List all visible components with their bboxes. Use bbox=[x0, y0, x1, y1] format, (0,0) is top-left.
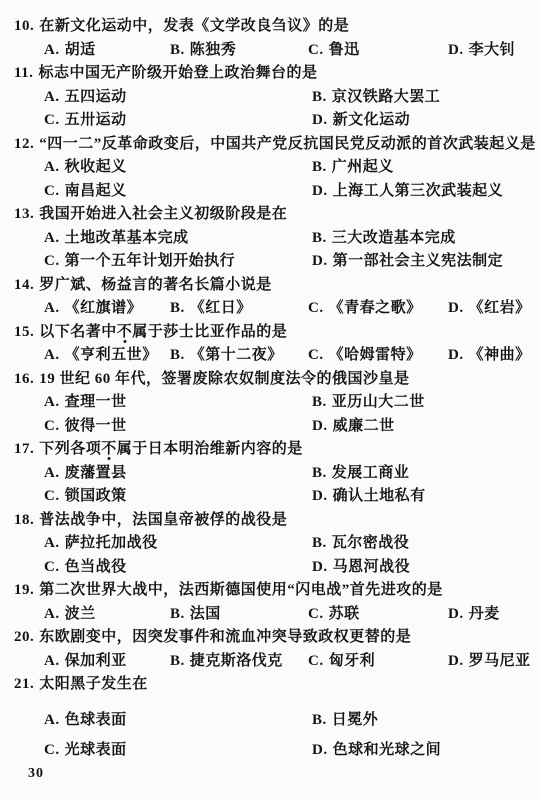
option-label: A. bbox=[44, 606, 60, 622]
question-10: 10.在新文化运动中，发表《文学改良刍议》的是 A.胡适 B.陈独秀 C.鲁迅 … bbox=[0, 15, 540, 62]
option-b: B.亚历山大二世 bbox=[312, 391, 540, 415]
option-a: A.查理一世 bbox=[44, 391, 312, 415]
option-a: A.色球表面 bbox=[44, 705, 312, 735]
options: A.《红旗谱》 B.《红日》 C.《青春之歌》 D.《红岩》 bbox=[0, 297, 540, 321]
question-stem: 13.我国开始进入社会主义初级阶段是在 bbox=[0, 203, 540, 227]
question-number: 16. bbox=[14, 371, 34, 387]
option-text: 确认土地私有 bbox=[333, 488, 426, 504]
option-label: C. bbox=[308, 653, 324, 669]
option-label: C. bbox=[308, 606, 324, 622]
option-b: B.三大改造基本完成 bbox=[312, 227, 540, 251]
option-text: 色球和光球之间 bbox=[333, 742, 442, 758]
options: A.色球表面 B.日冕外 C.光球表面 D.色球和光球之间 bbox=[0, 705, 540, 765]
question-text: 在新文化运动中，发表《文学改良刍议》的是 bbox=[39, 18, 349, 34]
question-12: 12.“四一二”反革命政变后，中国共产党反抗国民党反动派的首次武装起义是 A.秋… bbox=[0, 133, 540, 204]
option-label: C. bbox=[44, 742, 60, 758]
option-c: C.第一个五年计划开始执行 bbox=[44, 250, 312, 274]
option-text: 色球表面 bbox=[65, 712, 127, 728]
question-stem: 21.太阳黑子发生在 bbox=[0, 673, 540, 697]
options: A.《亨利五世》 B.《第十二夜》 C.《哈姆雷特》 D.《神曲》 bbox=[0, 344, 540, 368]
option-label: C. bbox=[44, 183, 60, 199]
option-label: A. bbox=[44, 300, 60, 316]
question-stem: 20.东欧剧变中，因突发事件和流血冲突导致政权更替的是 bbox=[0, 626, 540, 650]
option-label: C. bbox=[44, 418, 60, 434]
option-label: C. bbox=[44, 559, 60, 575]
option-label: B. bbox=[312, 535, 327, 551]
option-a: A.波兰 bbox=[44, 603, 170, 627]
option-d: D.马恩河战役 bbox=[312, 556, 540, 580]
question-number: 14. bbox=[14, 277, 34, 293]
option-text: 匈牙利 bbox=[329, 653, 376, 669]
option-text: 废藩置县 bbox=[65, 465, 127, 481]
question-text: 标志中国无产阶级开始登上政治舞台的是 bbox=[38, 65, 317, 81]
option-label: A. bbox=[44, 653, 60, 669]
option-text: 光球表面 bbox=[65, 742, 127, 758]
question-text: 19 世纪 60 年代，签署废除农奴制度法令的俄国沙皇是 bbox=[39, 371, 409, 387]
option-text: 秋收起义 bbox=[65, 159, 127, 175]
question-text: 第二次世界大战中，法西斯德国使用“闪电战”首先进攻的是 bbox=[39, 582, 443, 598]
question-stem: 12.“四一二”反革命政变后，中国共产党反抗国民党反动派的首次武装起义是 bbox=[0, 133, 540, 157]
option-text: 胡适 bbox=[65, 42, 96, 58]
option-text: 《红日》 bbox=[190, 300, 252, 316]
option-c: C.色当战役 bbox=[44, 556, 312, 580]
option-label: A. bbox=[44, 159, 60, 175]
option-text: 《青春之歌》 bbox=[329, 300, 422, 316]
option-label: C. bbox=[308, 42, 324, 58]
option-label: B. bbox=[312, 159, 327, 175]
question-number: 11. bbox=[14, 65, 33, 81]
option-d: D.第一部社会主义宪法制定 bbox=[312, 250, 540, 274]
option-d: D.罗马尼亚 bbox=[448, 650, 540, 674]
option-d: D.丹麦 bbox=[448, 603, 540, 627]
option-text: 色当战役 bbox=[65, 559, 127, 575]
option-c: C.五卅运动 bbox=[44, 109, 312, 133]
option-text: 苏联 bbox=[329, 606, 360, 622]
option-text: 《红岩》 bbox=[469, 300, 531, 316]
option-label: A. bbox=[44, 712, 60, 728]
option-b: B.日冕外 bbox=[312, 705, 540, 735]
option-d: D.上海工人第三次武装起义 bbox=[312, 180, 540, 204]
option-label: D. bbox=[312, 112, 328, 128]
option-c: C.《青春之歌》 bbox=[308, 297, 448, 321]
question-20: 20.东欧剧变中，因突发事件和流血冲突导致政权更替的是 A.保加利亚 B.捷克斯… bbox=[0, 626, 540, 673]
option-label: B. bbox=[312, 89, 327, 105]
options: A.萨拉托加战役 B.瓦尔密战役 C.色当战役 D.马恩河战役 bbox=[0, 532, 540, 579]
question-13: 13.我国开始进入社会主义初级阶段是在 A.土地改革基本完成 B.三大改造基本完… bbox=[0, 203, 540, 274]
options: A.保加利亚 B.捷克斯洛伐克 C.匈牙利 D.罗马尼亚 bbox=[0, 650, 540, 674]
option-b: B.发展工商业 bbox=[312, 462, 540, 486]
option-text: 上海工人第三次武装起义 bbox=[333, 183, 504, 199]
option-text: 《红旗谱》 bbox=[65, 300, 143, 316]
question-number: 19. bbox=[14, 582, 34, 598]
option-text: 丹麦 bbox=[469, 606, 500, 622]
option-d: D.威廉二世 bbox=[312, 415, 540, 439]
option-text: 查理一世 bbox=[65, 394, 127, 410]
question-16: 16.19 世纪 60 年代，签署废除农奴制度法令的俄国沙皇是 A.查理一世 B… bbox=[0, 368, 540, 439]
question-number: 21. bbox=[14, 676, 34, 692]
option-label: B. bbox=[170, 347, 185, 363]
option-text: 第一部社会主义宪法制定 bbox=[333, 253, 504, 269]
option-a: A.废藩置县 bbox=[44, 462, 312, 486]
option-text: 《神曲》 bbox=[469, 347, 531, 363]
option-d: D.《神曲》 bbox=[448, 344, 540, 368]
option-a: A.萨拉托加战役 bbox=[44, 532, 312, 556]
question-text: 下列各项不属于日本明治维新内容的是 bbox=[39, 441, 303, 457]
option-text: 瓦尔密战役 bbox=[332, 535, 410, 551]
option-label: C. bbox=[44, 253, 60, 269]
option-text: 三大改造基本完成 bbox=[332, 230, 456, 246]
question-stem: 18.普法战争中，法国皇帝被俘的战役是 bbox=[0, 509, 540, 533]
option-c: C.苏联 bbox=[308, 603, 448, 627]
option-label: D. bbox=[448, 42, 464, 58]
option-label: A. bbox=[44, 89, 60, 105]
emphasized-char: 不 bbox=[117, 324, 133, 340]
option-b: B.陈独秀 bbox=[170, 39, 308, 63]
options: A.土地改革基本完成 B.三大改造基本完成 C.第一个五年计划开始执行 D.第一… bbox=[0, 227, 540, 274]
question-11: 11.标志中国无产阶级开始登上政治舞台的是 A.五四运动 B.京汉铁路大罢工 C… bbox=[0, 62, 540, 133]
exam-page: 10.在新文化运动中，发表《文学改良刍议》的是 A.胡适 B.陈独秀 C.鲁迅 … bbox=[0, 0, 540, 800]
option-label: C. bbox=[308, 347, 324, 363]
question-stem: 19.第二次世界大战中，法西斯德国使用“闪电战”首先进攻的是 bbox=[0, 579, 540, 603]
option-text: 五四运动 bbox=[65, 89, 127, 105]
option-text: 《亨利五世》 bbox=[65, 347, 158, 363]
question-number: 13. bbox=[14, 206, 34, 222]
option-a: A.胡适 bbox=[44, 39, 170, 63]
option-d: D.确认土地私有 bbox=[312, 485, 540, 509]
option-c: C.匈牙利 bbox=[308, 650, 448, 674]
option-text: 《哈姆雷特》 bbox=[329, 347, 422, 363]
option-label: D. bbox=[312, 488, 328, 504]
option-text: 陈独秀 bbox=[190, 42, 237, 58]
option-label: B. bbox=[312, 465, 327, 481]
option-b: B.捷克斯洛伐克 bbox=[170, 650, 308, 674]
option-b: B.瓦尔密战役 bbox=[312, 532, 540, 556]
question-text: “四一二”反革命政变后，中国共产党反抗国民党反动派的首次武装起义是 bbox=[39, 136, 536, 152]
question-17: 17.下列各项不属于日本明治维新内容的是 A.废藩置县 B.发展工商业 C.锁国… bbox=[0, 438, 540, 509]
option-c: C.南昌起义 bbox=[44, 180, 312, 204]
option-label: D. bbox=[448, 300, 464, 316]
option-label: B. bbox=[312, 394, 327, 410]
question-number: 10. bbox=[14, 18, 34, 34]
option-label: B. bbox=[312, 712, 327, 728]
options: A.胡适 B.陈独秀 C.鲁迅 D.李大钊 bbox=[0, 39, 540, 63]
options: A.废藩置县 B.发展工商业 C.锁国政策 D.确认土地私有 bbox=[0, 462, 540, 509]
option-text: 威廉二世 bbox=[333, 418, 395, 434]
option-b: B.《红日》 bbox=[170, 297, 308, 321]
option-text: 京汉铁路大罢工 bbox=[332, 89, 441, 105]
question-text: 以下名著中不属于莎士比亚作品的是 bbox=[39, 324, 287, 340]
option-a: A.五四运动 bbox=[44, 86, 312, 110]
option-label: A. bbox=[44, 465, 60, 481]
option-label: D. bbox=[312, 183, 328, 199]
option-text: 李大钊 bbox=[469, 42, 516, 58]
option-text: 保加利亚 bbox=[65, 653, 127, 669]
option-text: 萨拉托加战役 bbox=[65, 535, 158, 551]
option-text: 法国 bbox=[190, 606, 221, 622]
question-stem: 15.以下名著中不属于莎士比亚作品的是 bbox=[0, 321, 540, 345]
question-stem: 16.19 世纪 60 年代，签署废除农奴制度法令的俄国沙皇是 bbox=[0, 368, 540, 392]
option-text: 日冕外 bbox=[332, 712, 379, 728]
question-14: 14.罗广斌、杨益言的著名长篇小说是 A.《红旗谱》 B.《红日》 C.《青春之… bbox=[0, 274, 540, 321]
option-label: D. bbox=[448, 347, 464, 363]
question-stem: 10.在新文化运动中，发表《文学改良刍议》的是 bbox=[0, 15, 540, 39]
option-text: 罗马尼亚 bbox=[469, 653, 531, 669]
option-d: D.新文化运动 bbox=[312, 109, 540, 133]
option-label: B. bbox=[170, 653, 185, 669]
option-a: A.《红旗谱》 bbox=[44, 297, 170, 321]
option-label: A. bbox=[44, 230, 60, 246]
question-number: 18. bbox=[14, 512, 34, 528]
option-label: C. bbox=[44, 488, 60, 504]
option-label: B. bbox=[170, 300, 185, 316]
option-d: D.《红岩》 bbox=[448, 297, 540, 321]
question-text: 我国开始进入社会主义初级阶段是在 bbox=[39, 206, 287, 222]
option-text: 亚历山大二世 bbox=[332, 394, 425, 410]
question-text: 普法战争中，法国皇帝被俘的战役是 bbox=[39, 512, 287, 528]
options: A.波兰 B.法国 C.苏联 D.丹麦 bbox=[0, 603, 540, 627]
question-text: 太阳黑子发生在 bbox=[39, 676, 148, 692]
question-18: 18.普法战争中，法国皇帝被俘的战役是 A.萨拉托加战役 B.瓦尔密战役 C.色… bbox=[0, 509, 540, 580]
option-label: A. bbox=[44, 42, 60, 58]
option-text: 五卅运动 bbox=[65, 112, 127, 128]
question-text: 东欧剧变中，因突发事件和流血冲突导致政权更替的是 bbox=[39, 629, 411, 645]
option-b: B.法国 bbox=[170, 603, 308, 627]
options: A.五四运动 B.京汉铁路大罢工 C.五卅运动 D.新文化运动 bbox=[0, 86, 540, 133]
question-stem: 17.下列各项不属于日本明治维新内容的是 bbox=[0, 438, 540, 462]
option-text: 第一个五年计划开始执行 bbox=[65, 253, 236, 269]
option-text: 《第十二夜》 bbox=[190, 347, 283, 363]
option-text: 土地改革基本完成 bbox=[65, 230, 189, 246]
question-21: 21.太阳黑子发生在 A.色球表面 B.日冕外 C.光球表面 D.色球和光球之间 bbox=[0, 673, 540, 765]
question-number: 15. bbox=[14, 324, 34, 340]
option-c: C.彼得一世 bbox=[44, 415, 312, 439]
option-text: 新文化运动 bbox=[333, 112, 411, 128]
option-d: D.李大钊 bbox=[448, 39, 540, 63]
question-text-post: 属于日本明治维新内容的是 bbox=[117, 441, 303, 457]
option-label: C. bbox=[44, 112, 60, 128]
option-text: 锁国政策 bbox=[65, 488, 127, 504]
option-c: C.鲁迅 bbox=[308, 39, 448, 63]
option-label: A. bbox=[44, 347, 60, 363]
option-c: C.《哈姆雷特》 bbox=[308, 344, 448, 368]
question-text: 罗广斌、杨益言的著名长篇小说是 bbox=[39, 277, 272, 293]
option-text: 波兰 bbox=[65, 606, 96, 622]
option-a: A.保加利亚 bbox=[44, 650, 170, 674]
question-text-post: 属于莎士比亚作品的是 bbox=[132, 324, 287, 340]
option-text: 发展工商业 bbox=[332, 465, 410, 481]
option-label: D. bbox=[448, 606, 464, 622]
question-stem: 11.标志中国无产阶级开始登上政治舞台的是 bbox=[0, 62, 540, 86]
question-number: 20. bbox=[14, 629, 34, 645]
option-a: A.土地改革基本完成 bbox=[44, 227, 312, 251]
option-label: C. bbox=[308, 300, 324, 316]
option-label: A. bbox=[44, 394, 60, 410]
option-c: C.光球表面 bbox=[44, 735, 312, 765]
emphasized-char: 不 bbox=[101, 441, 117, 457]
option-text: 鲁迅 bbox=[329, 42, 360, 58]
question-stem: 14.罗广斌、杨益言的著名长篇小说是 bbox=[0, 274, 540, 298]
option-a: A.秋收起义 bbox=[44, 156, 312, 180]
option-label: D. bbox=[312, 253, 328, 269]
option-label: D. bbox=[448, 653, 464, 669]
option-label: D. bbox=[312, 418, 328, 434]
option-text: 马恩河战役 bbox=[333, 559, 411, 575]
option-label: A. bbox=[44, 535, 60, 551]
question-text-pre: 以下名著中 bbox=[39, 324, 117, 340]
option-a: A.《亨利五世》 bbox=[44, 344, 170, 368]
option-label: D. bbox=[312, 559, 328, 575]
option-text: 捷克斯洛伐克 bbox=[190, 653, 283, 669]
option-b: B.《第十二夜》 bbox=[170, 344, 308, 368]
option-text: 南昌起义 bbox=[65, 183, 127, 199]
option-b: B.广州起义 bbox=[312, 156, 540, 180]
question-19: 19.第二次世界大战中，法西斯德国使用“闪电战”首先进攻的是 A.波兰 B.法国… bbox=[0, 579, 540, 626]
option-text: 广州起义 bbox=[332, 159, 394, 175]
option-c: C.锁国政策 bbox=[44, 485, 312, 509]
page-number: 30 bbox=[28, 766, 44, 782]
question-number: 17. bbox=[14, 441, 34, 457]
option-label: B. bbox=[170, 606, 185, 622]
option-label: D. bbox=[312, 742, 328, 758]
option-label: B. bbox=[170, 42, 185, 58]
option-label: B. bbox=[312, 230, 327, 246]
options: A.查理一世 B.亚历山大二世 C.彼得一世 D.威廉二世 bbox=[0, 391, 540, 438]
options: A.秋收起义 B.广州起义 C.南昌起义 D.上海工人第三次武装起义 bbox=[0, 156, 540, 203]
option-text: 彼得一世 bbox=[65, 418, 127, 434]
question-15: 15.以下名著中不属于莎士比亚作品的是 A.《亨利五世》 B.《第十二夜》 C.… bbox=[0, 321, 540, 368]
option-b: B.京汉铁路大罢工 bbox=[312, 86, 540, 110]
option-d: D.色球和光球之间 bbox=[312, 735, 540, 765]
question-number: 12. bbox=[14, 136, 34, 152]
question-text-pre: 下列各项 bbox=[39, 441, 101, 457]
